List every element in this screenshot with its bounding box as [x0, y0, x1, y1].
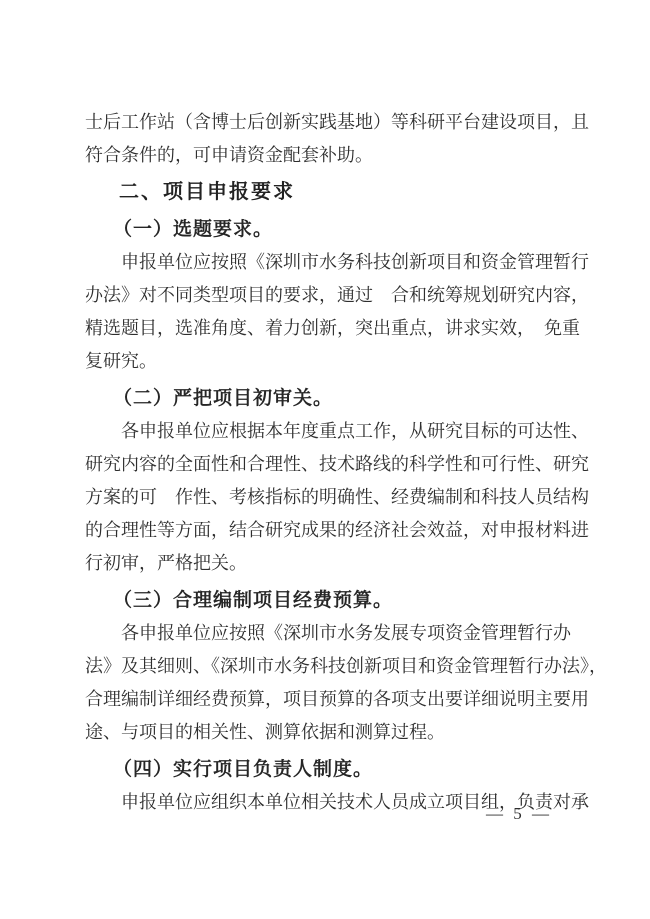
paragraph-line: 行初审，严格把关。 — [85, 547, 590, 580]
section-heading: 二、项目申报要求 — [85, 176, 590, 209]
paragraph-line: 的合理性等方面，结合研究成果的经济社会效益，对申报材料进 — [85, 514, 590, 547]
paragraph-line: 方案的可 作性、考核指标的明确性、经费编制和科技人员结构 — [85, 481, 590, 514]
paragraph-line: 符合条件的，可申请资金配套补助。 — [85, 139, 590, 172]
paragraph-first-line: 申报单位应按照《深圳市水务科技创新项目和资金管理暂行 — [85, 246, 590, 279]
subsection-heading: （二）严把项目初审关。 — [85, 382, 590, 415]
page-number: — 5 — — [486, 804, 552, 824]
subsection-heading: （一）选题要求。 — [85, 213, 590, 246]
subsection-heading: （四）实行项目负责人制度。 — [85, 753, 590, 786]
paragraph-line: 复研究。 — [85, 345, 590, 378]
paragraph-line: 法》及其细则、《深圳市水务科技创新项目和资金管理暂行办法》， — [85, 650, 590, 683]
paragraph-line: 士后工作站（含博士后创新实践基地）等科研平台建设项目，且 — [85, 106, 590, 139]
paragraph-line: 研究内容的全面性和合理性、技术路线的科学性和可行性、研究 — [85, 448, 590, 481]
paragraph-line: 合理编制详细经费预算，项目预算的各项支出要详细说明主要用 — [85, 683, 590, 716]
document-page: 士后工作站（含博士后创新实践基地）等科研平台建设项目，且符合条件的，可申请资金配… — [0, 0, 650, 919]
subsection-heading: （三）合理编制项目经费预算。 — [85, 584, 590, 617]
paragraph-line: 途、与项目的相关性、测算依据和测算过程。 — [85, 716, 590, 749]
paragraph-line: 办法》对不同类型项目的要求，通过 合和统筹规划研究内容， — [85, 279, 590, 312]
document-body: 士后工作站（含博士后创新实践基地）等科研平台建设项目，且符合条件的，可申请资金配… — [85, 106, 590, 819]
paragraph-first-line: 各申报单位应按照《深圳市水务发展专项资金管理暂行办 — [85, 617, 590, 650]
paragraph-line: 精选题目，选准角度、着力创新，突出重点，讲求实效， 免重 — [85, 312, 590, 345]
paragraph-first-line: 各申报单位应根据本年度重点工作，从研究目标的可达性、 — [85, 415, 590, 448]
